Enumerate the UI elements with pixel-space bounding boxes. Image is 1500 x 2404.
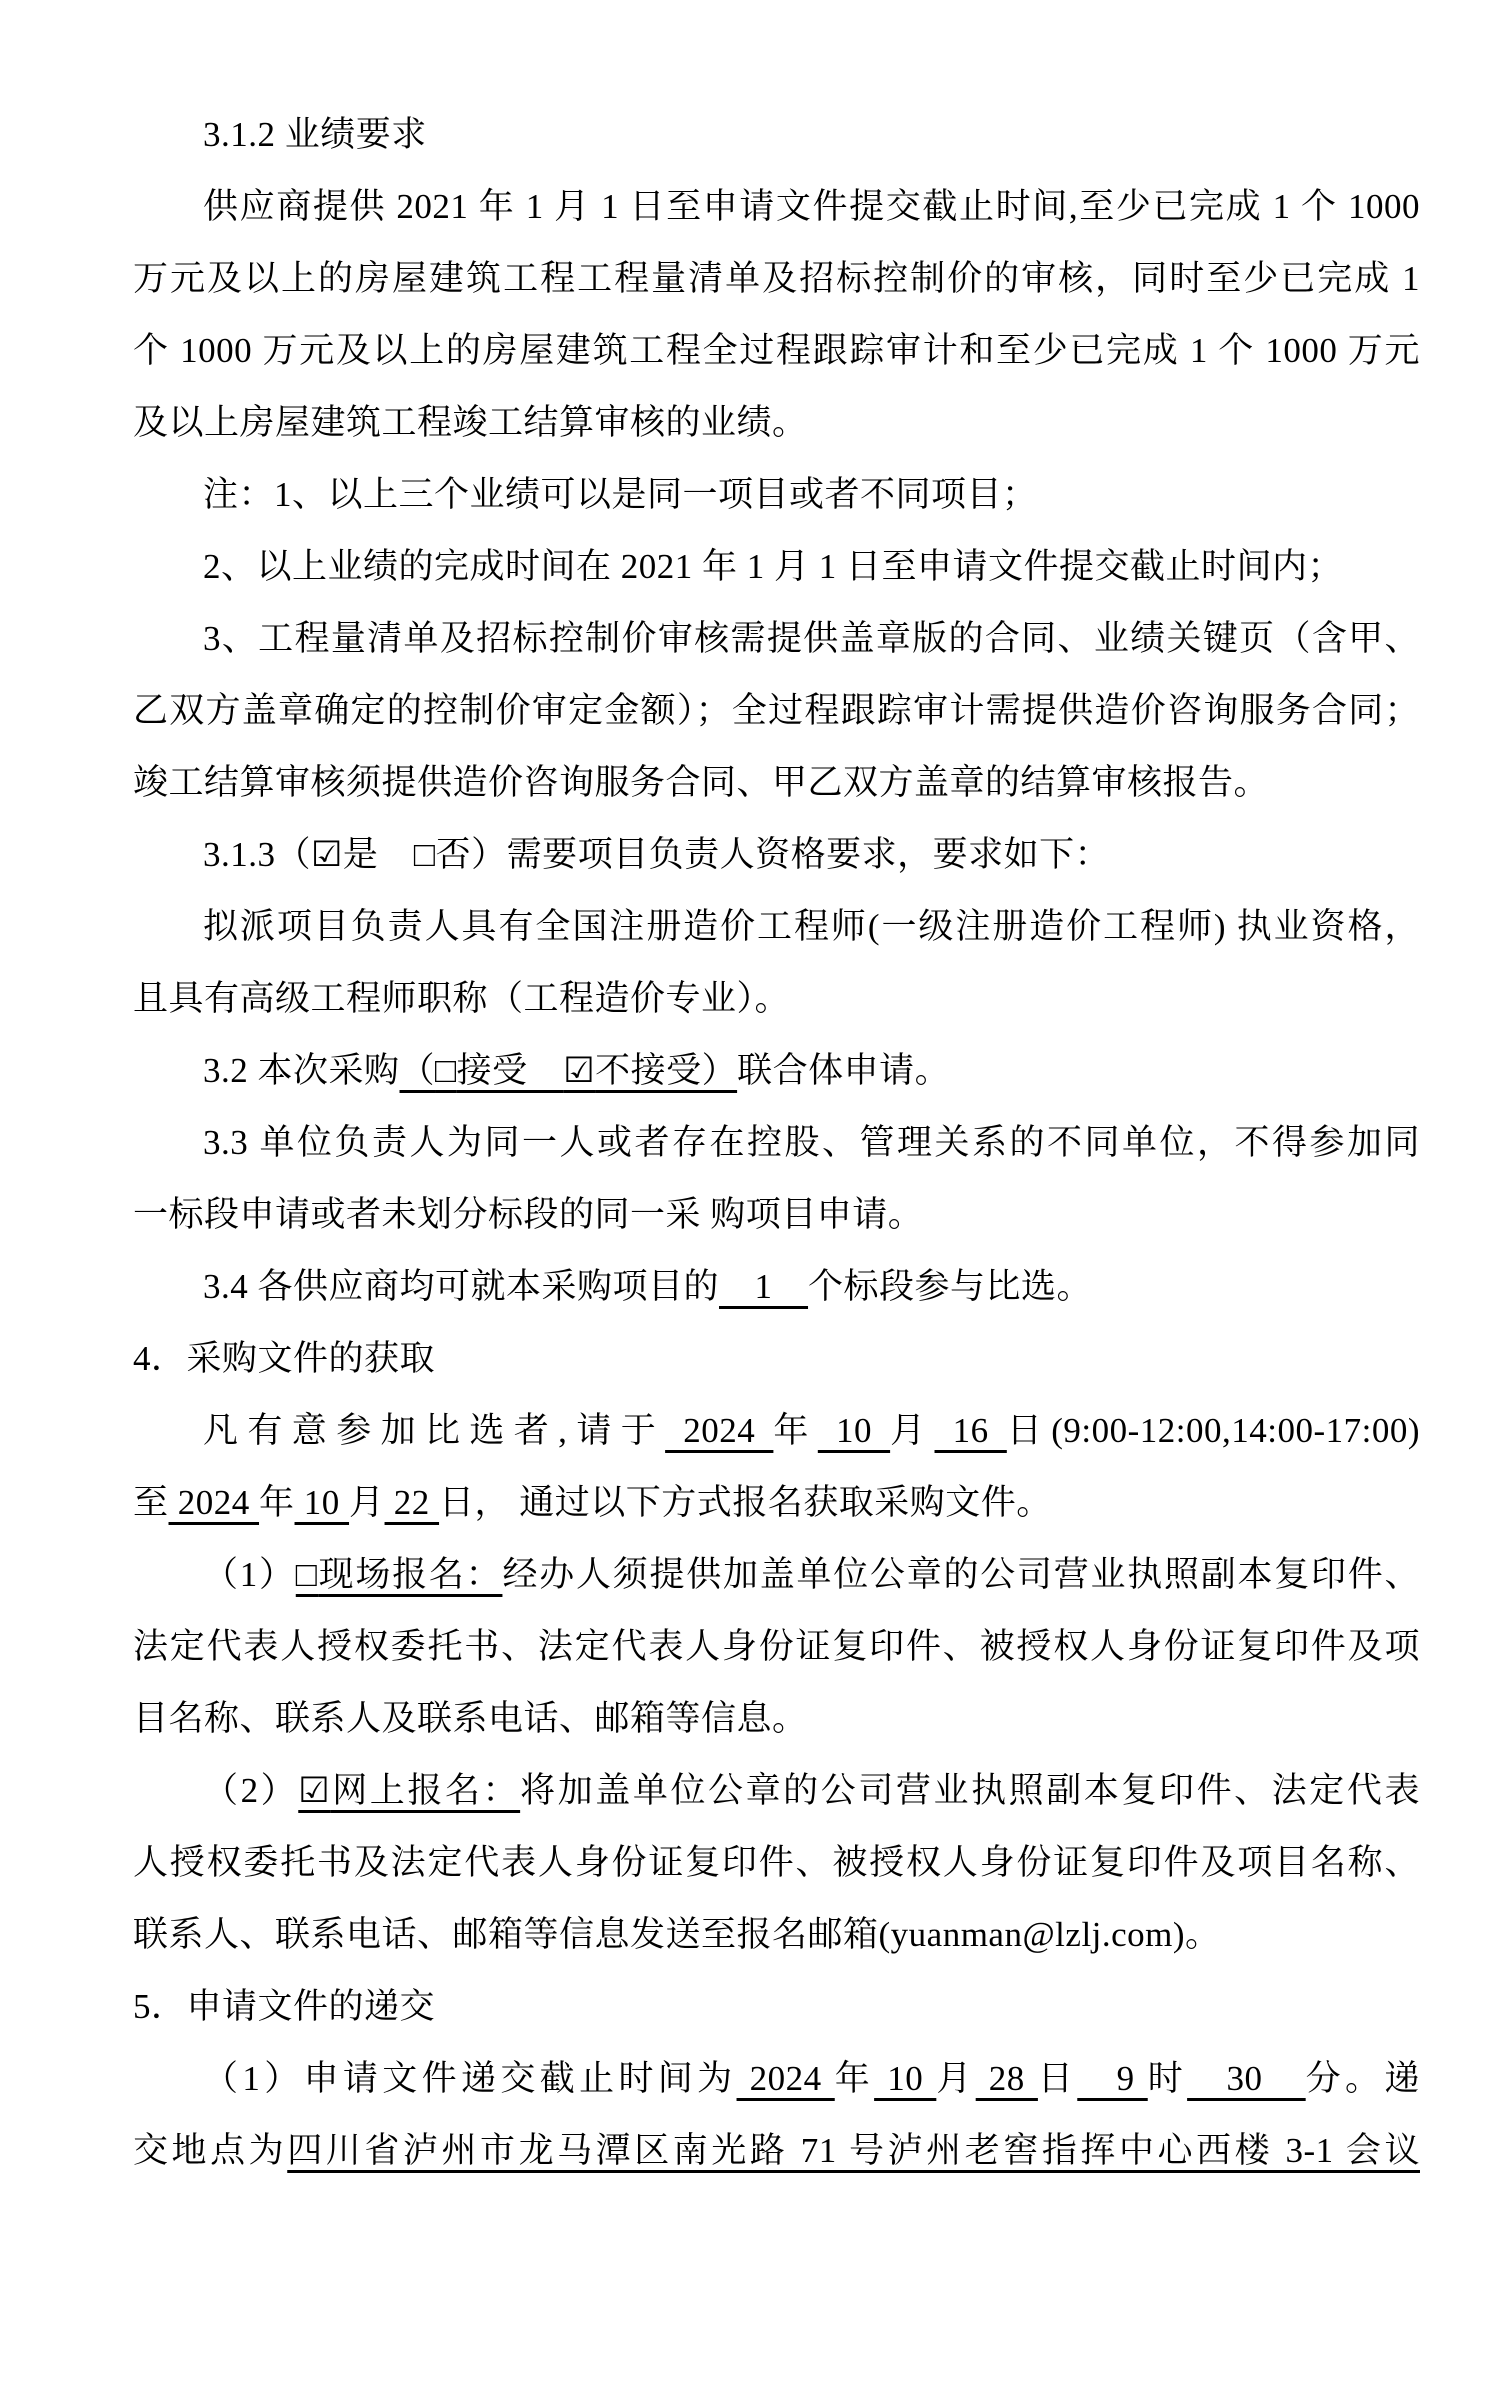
text-segment: 及以上房屋建筑工程竣工结算审核的业绩。 [133,403,808,442]
item-onsite-registration-line-1: （1）□现场报名：经办人须提供加盖单位公章的公司营业执照副本复印件、 [133,1539,1420,1611]
text-segment: 否）需要项目负责人资格要求，要求如下： [436,835,1111,874]
item-online-registration-line-1: （2）☑网上报名：将加盖单位公章的公司营业执照副本复印件、法定代表 [133,1755,1420,1827]
para-performance-line-2: 万元及以上的房屋建筑工程工程量清单及招标控制价的审核，同时至少已完成 1 [133,243,1420,315]
text-segment: 年 [773,1411,817,1450]
text-segment: 不接受） [595,1051,737,1090]
text-segment: 供应商提供 2021 年 1 月 1 日至申请文件提交截止时间,至少已完成 1 … [203,187,1420,226]
text-segment: 月 [936,2059,975,2098]
text-segment: 2024 [665,1411,773,1450]
text-segment: 注：1、以上三个业绩可以是同一项目或者不同项目； [203,475,1038,514]
text-segment: 目名称、联系人及联系电话、邮箱等信息。 [133,1699,808,1738]
text-segment: 30 [1187,2059,1306,2098]
text-segment: 一标段申请或者未划分标段的同一采 购项目申请。 [133,1195,923,1234]
para-project-leader-line-1: 拟派项目负责人具有全国注册造价工程师(一级注册造价工程师) 执业资格， [133,891,1420,963]
text-segment: 10 [874,2059,936,2098]
clause-3-3-line-1: 3.3 单位负责人为同一人或者存在控股、管理关系的不同单位，不得参加同 [133,1107,1420,1179]
para-performance-line-4: 及以上房屋建筑工程竣工结算审核的业绩。 [133,387,1420,459]
note-item-3-line-1: 3、工程量清单及招标控制价审核需提供盖章版的合同、业绩关键页（含甲、 [133,603,1420,675]
section-5-heading: 5．申请文件的递交 [133,1971,1420,2043]
text-segment: 22 [385,1483,440,1522]
text-segment: 凡有意参加比选者,请于 [203,1411,665,1450]
para-submission-line-1: （1）申请文件递交截止时间为 2024 年 10 月 28 日 9 时 30 分… [133,2043,1420,2115]
para-performance-line-3: 个 1000 万元及以上的房屋建筑工程全过程跟踪审计和至少已完成 1 个 100… [133,315,1420,387]
text-segment: 至 [133,1483,169,1522]
para-obtain-docs-line-1: 凡有意参加比选者,请于 2024 年 10 月 16 日(9:00-12:00,… [133,1395,1420,1467]
text-segment: 经办人须提供加盖单位公章的公司营业执照副本复印件、 [502,1555,1420,1594]
note-item-3-line-2: 乙双方盖章确定的控制价审定金额）；全过程跟踪审计需提供造价咨询服务合同； [133,675,1420,747]
text-segment: 日(9:00-12:00,14:00-17:00) [1007,1411,1420,1450]
text-segment: 时 [1148,2059,1187,2098]
text-segment: 交地点为 [133,2131,287,2170]
clause-3-3-line-2: 一标段申请或者未划分标段的同一采 购项目申请。 [133,1179,1420,1251]
text-segment: （1） [203,1555,296,1594]
clause-3-1-3: 3.1.3（☑是 □否）需要项目负责人资格要求，要求如下： [133,819,1420,891]
text-segment: 竣工结算审核须提供造价咨询服务合同、甲乙双方盖章的结算审核报告。 [133,763,1269,802]
text-segment: 年 [259,1483,295,1522]
para-performance-line-1: 供应商提供 2021 年 1 月 1 日至申请文件提交截止时间,至少已完成 1 … [133,171,1420,243]
checkbox-checked-icon: ☑ [298,1771,330,1810]
text-segment: 且具有高级工程师职称（工程造价专业）。 [133,979,790,1018]
checkbox-checked-icon: ☑ [563,1051,595,1090]
text-segment: 网上报名： [330,1771,520,1810]
text-segment: 3.4 各供应商均可就本采购项目的 [203,1267,719,1306]
text-segment: 是 [343,835,414,874]
checkbox-unchecked-icon: □ [414,835,436,874]
text-segment: 日 [1038,2059,1077,2098]
text-segment: 9 [1077,2059,1147,2098]
text-segment: 2、以上业绩的完成时间在 2021 年 1 月 1 日至申请文件提交截止时间内； [203,547,1343,586]
text-segment: 5．申请文件的递交 [133,1987,435,2026]
text-segment: （2） [203,1771,298,1810]
checkbox-unchecked-icon: □ [296,1555,319,1594]
text-segment: 10 [818,1411,890,1450]
text-segment: 3.3 单位负责人为同一人或者存在控股、管理关系的不同单位，不得参加同 [203,1123,1420,1162]
text-segment: 16 [935,1411,1007,1450]
text-segment: 将加盖单位公章的公司营业执照副本复印件、法定代表 [520,1771,1420,1810]
checkbox-unchecked-icon: □ [435,1051,457,1090]
text-segment: 3、工程量清单及招标控制价审核需提供盖章版的合同、业绩关键页（含甲、 [203,619,1420,658]
checkbox-checked-icon: ☑ [311,835,343,874]
text-segment: 现场报名： [319,1555,503,1594]
section-4-heading: 4．采购文件的获取 [133,1323,1420,1395]
text-segment: 2024 [169,1483,260,1522]
text-segment: 联系人、联系电话、邮箱等信息发送至报名邮箱(yuanman@lzlj.com)。 [133,1915,1221,1954]
text-segment: 10 [295,1483,350,1522]
para-submission-line-2: 交地点为四川省泸州市龙马潭区南光路 71 号泸州老窖指挥中心西楼 3-1 会议 [133,2115,1420,2187]
text-segment: （ [400,1051,436,1090]
document-page: 3.1.2 业绩要求供应商提供 2021 年 1 月 1 日至申请文件提交截止时… [0,0,1500,2404]
text-segment: 3.2 本次采购 [203,1051,400,1090]
text-segment: 接受 [457,1051,564,1090]
document-body: { "colors": { "page_background": "#fffff… [0,0,1500,2404]
text-segment: 月 [349,1483,385,1522]
text-segment: 个 1000 万元及以上的房屋建筑工程全过程跟踪审计和至少已完成 1 个 100… [133,331,1420,370]
text-segment: 四川省泸州市龙马潭区南光路 71 号泸州老窖指挥中心西楼 3-1 会议 [287,2131,1420,2170]
text-segment: 联合体申请。 [737,1051,950,1090]
note-item-1: 注：1、以上三个业绩可以是同一项目或者不同项目； [133,459,1420,531]
text-segment: 万元及以上的房屋建筑工程工程量清单及招标控制价的审核，同时至少已完成 1 [133,259,1420,298]
text-segment: 乙双方盖章确定的控制价审定金额）；全过程跟踪审计需提供造价咨询服务合同； [133,691,1420,730]
text-segment: 法定代表人授权委托书、法定代表人身份证复印件、被授权人身份证复印件及项 [133,1627,1420,1666]
para-obtain-docs-line-2: 至 2024 年 10 月 22 日， 通过以下方式报名获取采购文件。 [133,1467,1420,1539]
note-item-2: 2、以上业绩的完成时间在 2021 年 1 月 1 日至申请文件提交截止时间内； [133,531,1420,603]
item-onsite-registration-line-2: 法定代表人授权委托书、法定代表人身份证复印件、被授权人身份证复印件及项 [133,1611,1420,1683]
note-item-3-line-3: 竣工结算审核须提供造价咨询服务合同、甲乙双方盖章的结算审核报告。 [133,747,1420,819]
item-online-registration-line-3: 联系人、联系电话、邮箱等信息发送至报名邮箱(yuanman@lzlj.com)。 [133,1899,1420,1971]
text-segment: （1）申请文件递交截止时间为 [203,2059,737,2098]
text-segment: 年 [835,2059,874,2098]
para-project-leader-line-2: 且具有高级工程师职称（工程造价专业）。 [133,963,1420,1035]
text-segment: 3.1.2 业绩要求 [203,115,427,154]
text-segment: 个标段参与比选。 [808,1267,1092,1306]
clause-3-1-2-heading: 3.1.2 业绩要求 [133,99,1420,171]
text-segment: 4．采购文件的获取 [133,1339,435,1378]
text-segment: 日， 通过以下方式报名获取采购文件。 [439,1483,1052,1522]
item-online-registration-line-2: 人授权委托书及法定代表人身份证复印件、被授权人身份证复印件及项目名称、 [133,1827,1420,1899]
text-segment: 3.1.3（ [203,835,311,874]
text-segment: 1 [719,1267,808,1306]
item-onsite-registration-line-3: 目名称、联系人及联系电话、邮箱等信息。 [133,1683,1420,1755]
text-segment: 28 [976,2059,1038,2098]
text-segment: 2024 [737,2059,835,2098]
text-segment: 人授权委托书及法定代表人身份证复印件、被授权人身份证复印件及项目名称、 [133,1843,1420,1882]
clause-3-2: 3.2 本次采购（□接受 ☑不接受）联合体申请。 [133,1035,1420,1107]
text-segment: 拟派项目负责人具有全国注册造价工程师(一级注册造价工程师) 执业资格， [203,907,1420,946]
text-segment: 分。递 [1306,2059,1420,2098]
clause-3-4: 3.4 各供应商均可就本采购项目的 1 个标段参与比选。 [133,1251,1420,1323]
text-segment: 月 [890,1411,934,1450]
